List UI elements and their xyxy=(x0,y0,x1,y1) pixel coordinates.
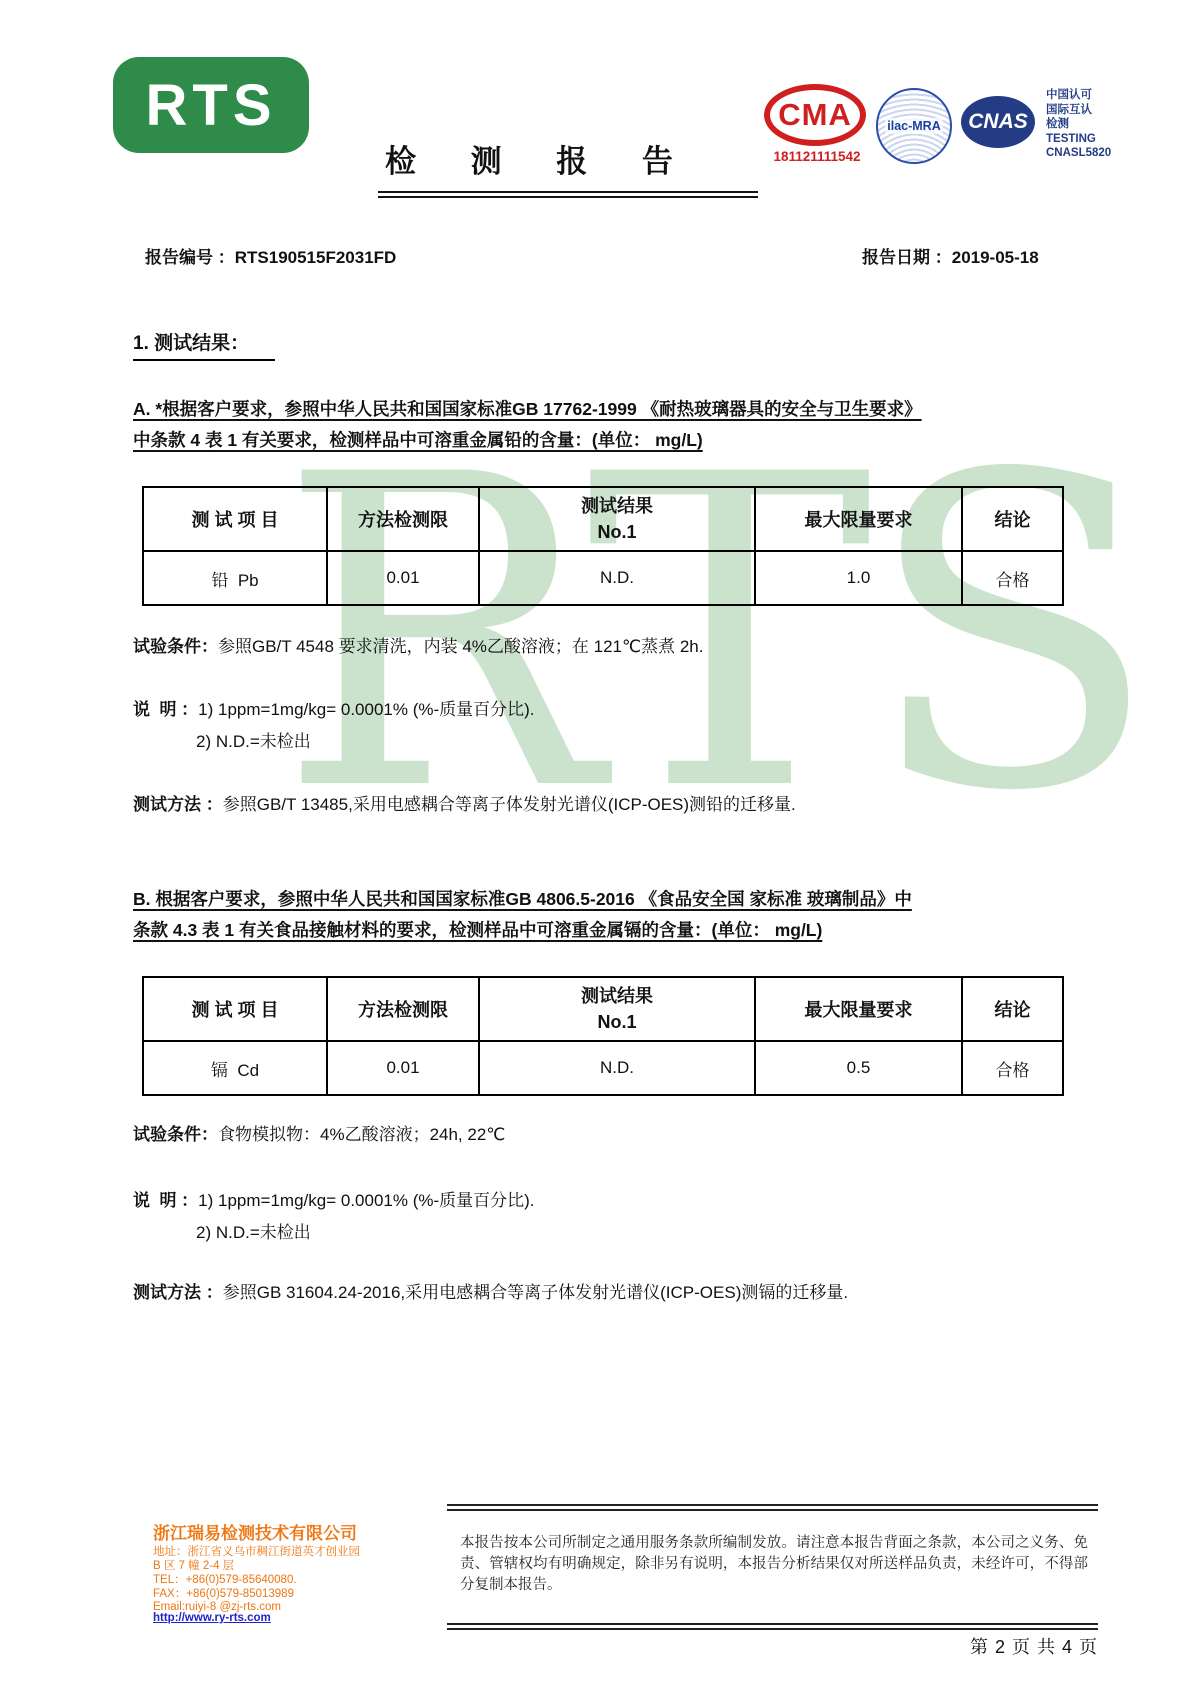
disclaimer-bottom-rule xyxy=(447,1623,1098,1630)
section-b-note2: 2) N.D.=未检出 xyxy=(196,1220,311,1246)
cnas-logo: CNAS xyxy=(961,96,1035,148)
section1-title: 1. 测试结果： xyxy=(133,328,275,361)
header-test-result: 测试结果 No.1 xyxy=(479,487,755,551)
cma-label: CMA xyxy=(764,84,866,146)
report-number-value: RTS190515F2031FD xyxy=(235,248,397,267)
header-test-result-line1: 测试结果 xyxy=(480,983,754,1009)
page-content: RTS 检 测 报 告 CMA 181121111542 ilac-MRA CN… xyxy=(0,0,1190,1684)
cnas-label: CNAS xyxy=(968,110,1028,134)
condition-label: 试验条件： xyxy=(133,637,218,656)
header-max-limit: 最大限量要求 xyxy=(755,977,962,1041)
cell-result: N.D. xyxy=(479,551,755,605)
header-test-item: 测 试 项 目 xyxy=(143,977,327,1041)
table-row: 镉 Cd 0.01 N.D. 0.5 合格 xyxy=(143,1041,1063,1095)
note-label: 说 明 ： xyxy=(133,700,198,719)
cell-max-limit: 1.0 xyxy=(755,551,962,605)
table-header-row: 测 试 项 目 方法检测限 测试结果 No.1 最大限量要求 结论 xyxy=(143,977,1063,1041)
report-date-value: 2019-05-18 xyxy=(952,248,1039,267)
report-number-label: 报告编号 ： xyxy=(145,248,235,267)
page-number: 第 2 页 共 4 页 xyxy=(970,1633,1098,1659)
company-website-link[interactable]: http://www.ry-rts.com xyxy=(153,1612,271,1624)
cell-item: 铅 Pb xyxy=(143,551,327,605)
disclaimer-text: 本报告按本公司所制定之通用服务条款所编制发放。请注意本报告背面之条款，本公司之义… xyxy=(460,1533,1088,1596)
table-row: 铅 Pb 0.01 N.D. 1.0 合格 xyxy=(143,551,1063,605)
note-label: 说 明 ： xyxy=(133,1191,198,1210)
company-tel: TEL：+86(0)579-85640080. xyxy=(153,1573,297,1587)
cma-certificate-number: 181121111542 xyxy=(762,149,872,164)
note1-text: 1) 1ppm=1mg/kg= 0.0001% (%-质量百分比). xyxy=(198,1191,534,1210)
cma-certification-logo: CMA xyxy=(764,84,866,146)
header-test-result: 测试结果 No.1 xyxy=(479,977,755,1041)
method-text: 参照GB/T 13485,采用电感耦合等离子体发射光谱仪(ICP-OES)测铅的… xyxy=(223,795,796,814)
section-b-condition: 试验条件：食物模拟物：4%乙酸溶液；24h, 22℃ xyxy=(133,1122,505,1148)
condition-label: 试验条件： xyxy=(133,1125,218,1144)
cell-max-limit: 0.5 xyxy=(755,1041,962,1095)
header-test-result-line1: 测试结果 xyxy=(480,493,754,519)
company-name: 浙江瑞易检测技术有限公司 xyxy=(153,1519,357,1544)
section-a-note: 说 明 ：1) 1ppm=1mg/kg= 0.0001% (%-质量百分比). xyxy=(133,697,535,723)
title-double-rule xyxy=(378,191,758,198)
cell-conclusion: 合格 xyxy=(962,551,1063,605)
cnas-accreditation-text: 中国认可 国际互认 检测 TESTING CNASL5820 xyxy=(1046,88,1111,161)
cell-method-limit: 0.01 xyxy=(327,1041,479,1095)
cell-result: N.D. xyxy=(479,1041,755,1095)
header-test-item: 测 试 项 目 xyxy=(143,487,327,551)
company-address-line2: B 区 7 幢 2-4 层 xyxy=(153,1559,234,1573)
section-a-note2: 2) N.D.=未检出 xyxy=(196,729,311,755)
section-a-heading: A. *根据客户要求，参照中华人民共和国国家标准GB 17762-1999 《耐… xyxy=(133,394,1068,456)
section-b-heading-line2: 条款 4.3 表 1 有关食品接触材料的要求，检测样品中可溶重金属镉的含量：(单… xyxy=(133,915,1068,946)
section-b-note: 说 明 ：1) 1ppm=1mg/kg= 0.0001% (%-质量百分比). xyxy=(133,1188,535,1214)
cell-item: 镉 Cd xyxy=(143,1041,327,1095)
rts-logo: RTS xyxy=(113,57,309,153)
header-conclusion: 结论 xyxy=(962,487,1063,551)
section-a-heading-line2: 中条款 4 表 1 有关要求，检测样品中可溶重金属铅的含量：(单位： mg/L) xyxy=(133,425,1068,456)
report-date-row: 报告日期 ：2019-05-18 xyxy=(862,243,1039,268)
ilac-mra-logo: ilac-MRA xyxy=(876,88,952,164)
method-text: 参照GB 31604.24-2016,采用电感耦合等离子体发射光谱仪(ICP-O… xyxy=(223,1283,848,1302)
header-conclusion: 结论 xyxy=(962,977,1063,1041)
page-title: 检 测 报 告 xyxy=(385,136,673,181)
section-b-heading-line1: B. 根据客户要求，参照中华人民共和国国家标准GB 4806.5-2016 《食… xyxy=(133,884,1068,915)
section-b-heading: B. 根据客户要求，参照中华人民共和国国家标准GB 4806.5-2016 《食… xyxy=(133,884,1068,946)
test-report-page: RTS RTS 检 测 报 告 CMA 181121111542 ilac-MR… xyxy=(0,0,1190,1684)
section-a-condition: 试验条件：参照GB/T 4548 要求清洗，内装 4%乙酸溶液；在 121℃蒸煮… xyxy=(133,634,703,660)
header-test-result-line2: No.1 xyxy=(480,1009,754,1035)
rts-logo-text: RTS xyxy=(146,72,277,139)
header-method-limit: 方法检测限 xyxy=(327,977,479,1041)
condition-text: 参照GB/T 4548 要求清洗，内装 4%乙酸溶液；在 121℃蒸煮 2h. xyxy=(218,637,703,656)
result-table-lead: 测 试 项 目 方法检测限 测试结果 No.1 最大限量要求 结论 铅 Pb 0… xyxy=(142,486,1064,606)
header-max-limit: 最大限量要求 xyxy=(755,487,962,551)
company-fax: FAX：+86(0)579-85013989 xyxy=(153,1587,294,1601)
company-address-line1: 地址：浙江省义乌市稠江街道英才创业园 xyxy=(153,1545,360,1559)
disclaimer-top-rule xyxy=(447,1504,1098,1511)
cell-method-limit: 0.01 xyxy=(327,551,479,605)
method-label: 测试方法 ： xyxy=(133,795,223,814)
report-number-row: 报告编号 ：RTS190515F2031FD xyxy=(145,243,396,268)
header-test-result-line2: No.1 xyxy=(480,519,754,545)
report-date-label: 报告日期 ： xyxy=(862,248,952,267)
section-a-heading-line1: A. *根据客户要求，参照中华人民共和国国家标准GB 17762-1999 《耐… xyxy=(133,394,1068,425)
cell-conclusion: 合格 xyxy=(962,1041,1063,1095)
section-b-method: 测试方法 ：参照GB 31604.24-2016,采用电感耦合等离子体发射光谱仪… xyxy=(133,1280,848,1306)
ilac-mra-label: ilac-MRA xyxy=(885,118,942,134)
section-a-method: 测试方法 ：参照GB/T 13485,采用电感耦合等离子体发射光谱仪(ICP-O… xyxy=(133,792,796,818)
condition-text: 食物模拟物：4%乙酸溶液；24h, 22℃ xyxy=(218,1125,505,1144)
table-header-row: 测 试 项 目 方法检测限 测试结果 No.1 最大限量要求 结论 xyxy=(143,487,1063,551)
note1-text: 1) 1ppm=1mg/kg= 0.0001% (%-质量百分比). xyxy=(198,700,534,719)
method-label: 测试方法 ： xyxy=(133,1283,223,1302)
header-method-limit: 方法检测限 xyxy=(327,487,479,551)
result-table-cadmium: 测 试 项 目 方法检测限 测试结果 No.1 最大限量要求 结论 镉 Cd 0… xyxy=(142,976,1064,1096)
